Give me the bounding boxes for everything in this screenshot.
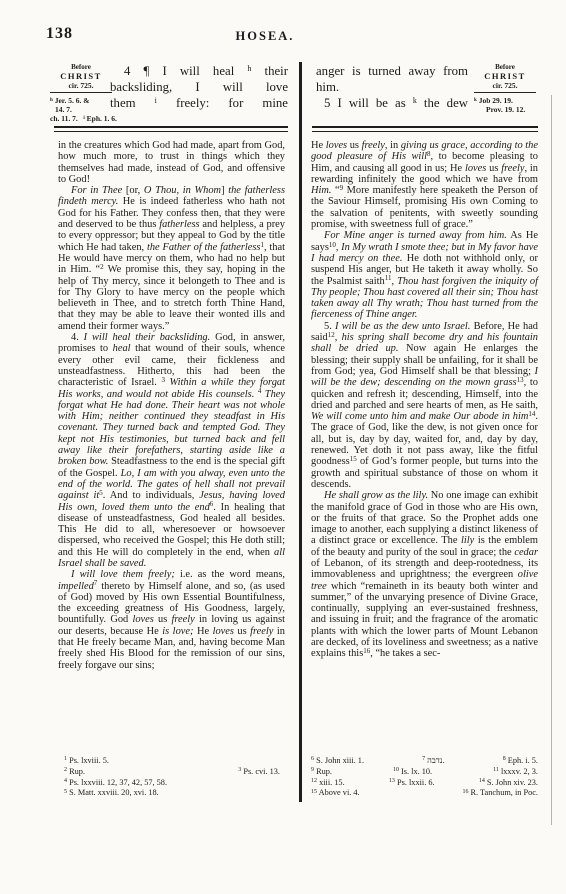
commentary-paragraph: For in Thee [or, O Thou, in Whom] the fa… xyxy=(58,185,285,332)
page-edge-line xyxy=(551,95,552,825)
margin-reference: Prov. 19. 12. xyxy=(474,105,536,114)
footnote-entry: 8 Eph. i. 5. xyxy=(503,756,538,767)
footnote-entry: 16 R. Tanchum, in Poc. xyxy=(462,788,538,799)
footnote-entry: 3 Ps. cvi. 13. xyxy=(238,767,280,778)
footnote-entry: 7 נדבה. xyxy=(422,756,445,767)
commentary-paragraph: I will love them freely; i.e. as the wor… xyxy=(58,569,285,671)
column-divider-rule xyxy=(299,62,302,802)
footnote-entry: 15 Above vi. 4. xyxy=(311,788,360,799)
horizontal-double-rule-right xyxy=(312,126,538,132)
commentary-paragraph: 4. I will heal their backsliding. God, i… xyxy=(58,332,285,569)
left-margin-note: Before CHRIST cir. 725. h Jer. 5. 6. &14… xyxy=(50,63,112,123)
footnote-entry: 13 Ps. lxxii. 6. xyxy=(389,778,435,789)
commentary-column-right: He loves us freely, in giving us grace, … xyxy=(311,140,538,660)
footnotes-left: 1 Ps. lxviii. 5.2 Rup.3 Ps. cvi. 13.4 Ps… xyxy=(64,756,280,799)
left-margin-references: h Jer. 5. 6. &14. 7.ch. 11. 7. i Eph. 1.… xyxy=(50,96,112,123)
footnote-row: 12 xiii. 15.13 Ps. lxxii. 6.14 S. John x… xyxy=(311,778,538,789)
footnote-row: 2 Rup.3 Ps. cvi. 13. xyxy=(64,767,280,778)
commentary-paragraph: 5. I will be as the dew unto Israel. Bef… xyxy=(311,321,538,490)
commentary-paragraph: He shall grow as the lily. No one image … xyxy=(311,490,538,659)
verse-line: them i freely: for mine xyxy=(110,95,288,111)
christ-label: CHRIST xyxy=(50,72,112,81)
verse-text-left: 4 ¶ I will heal h theirbacksliding, I wi… xyxy=(110,63,288,111)
footnote-entry: 11 lxxxv. 2, 3. xyxy=(493,767,538,778)
footnote-entry: 2 Rup. xyxy=(64,767,85,778)
footnote-entry: 14 S. John xiv. 23. xyxy=(479,778,538,789)
footnote-entry: 5 S. Matt. xxviii. 20, xvi. 18. xyxy=(64,788,159,799)
book-page: 138 HOSEA. Before CHRIST cir. 725. h Jer… xyxy=(0,0,566,894)
circa-date: cir. 725. xyxy=(50,81,112,90)
commentary-column-left: in the creatures which God had made, apa… xyxy=(58,140,285,671)
margin-reference: h Jer. 5. 6. & xyxy=(50,96,112,105)
footnote-entry: 1 Ps. lxviii. 5. xyxy=(64,756,109,767)
commentary-paragraph: He loves us freely, in giving us grace, … xyxy=(311,140,538,230)
verse-line: anger is turned away from xyxy=(316,63,468,79)
footnote-row: 1 Ps. lxviii. 5. xyxy=(64,756,280,767)
verse-text-right: anger is turned away fromhim.5 I will be… xyxy=(316,63,468,111)
verse-line: him. xyxy=(316,79,468,95)
footnote-row: 15 Above vi. 4.16 R. Tanchum, in Poc. xyxy=(311,788,538,799)
footnote-entry: 12 xiii. 15. xyxy=(311,778,345,789)
margin-reference: 14. 7. xyxy=(50,105,112,114)
footnote-entry: 4 Ps. lxxviii. 12, 37, 42, 57, 58. xyxy=(64,778,167,789)
footnote-row: 5 S. Matt. xxviii. 20, xvi. 18. xyxy=(64,788,280,799)
verse-line: backsliding, I will love xyxy=(110,79,288,95)
before-christ-date: Before CHRIST cir. 725. xyxy=(474,63,536,93)
footnote-entry: 10 Is. lx. 10. xyxy=(393,767,432,778)
verse-line: 4 ¶ I will heal h their xyxy=(110,63,288,79)
circa-date: cir. 725. xyxy=(474,81,536,90)
footnote-entry: 9 Rup. xyxy=(311,767,332,778)
right-margin-note: Before CHRIST cir. 725. k Job 29. 19.Pro… xyxy=(474,63,536,114)
commentary-paragraph: in the creatures which God had made, apa… xyxy=(58,140,285,185)
commentary-paragraph: For Mine anger is turned away from him. … xyxy=(311,230,538,320)
before-christ-date: Before CHRIST cir. 725. xyxy=(50,63,112,93)
verse-line: 5 I will be as k the dew xyxy=(316,95,468,111)
footnote-row: 6 S. John xiii. 1.7 נדבה.8 Eph. i. 5. xyxy=(311,756,538,767)
footnotes-right: 6 S. John xiii. 1.7 נדבה.8 Eph. i. 5.9 R… xyxy=(311,756,538,799)
horizontal-double-rule-left xyxy=(54,126,288,132)
margin-reference: k Job 29. 19. xyxy=(474,96,536,105)
footnote-entry: 6 S. John xiii. 1. xyxy=(311,756,364,767)
footnote-row: 4 Ps. lxxviii. 12, 37, 42, 57, 58. xyxy=(64,778,280,789)
margin-reference: ch. 11. 7. i Eph. 1. 6. xyxy=(50,114,112,123)
running-head-title: HOSEA. xyxy=(0,29,530,44)
right-margin-references: k Job 29. 19.Prov. 19. 12. xyxy=(474,96,536,114)
christ-label: CHRIST xyxy=(474,72,536,81)
footnote-row: 9 Rup.10 Is. lx. 10.11 lxxxv. 2, 3. xyxy=(311,767,538,778)
